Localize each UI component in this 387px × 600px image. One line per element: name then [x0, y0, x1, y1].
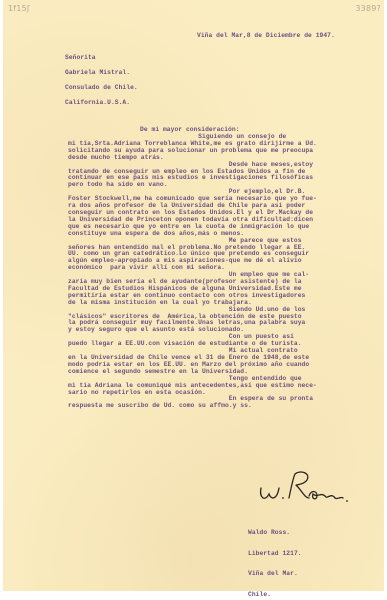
date-line: Viña del Mar,8 de Diciembre de 1947.: [197, 33, 335, 40]
body-line: respuesta me suscribo de Ud. como su aff…: [68, 403, 368, 410]
sender-country: Chile.: [248, 592, 302, 599]
recipient-title: Señorita: [65, 55, 96, 62]
archive-mark-right: 3389?: [355, 4, 381, 13]
letter-body: Siguiendo un consejo demi tía,Srta.Adria…: [68, 134, 368, 410]
recipient-location: California.U.S.A.: [65, 100, 130, 107]
recipient-office: Consulado de Chile.: [65, 85, 138, 92]
handwritten-signature: [255, 468, 350, 508]
sender-street: Libertad 1217.: [248, 551, 302, 558]
sender-name: Waldo Ross.: [248, 530, 302, 537]
sender-city: Viña del Mar.: [248, 571, 302, 578]
recipient-name: Gabriela Mistral.: [65, 70, 130, 77]
sender-block: Waldo Ross. Libertad 1217. Viña del Mar.…: [248, 516, 302, 600]
archive-mark-left: 1f15ʃ: [8, 4, 30, 13]
